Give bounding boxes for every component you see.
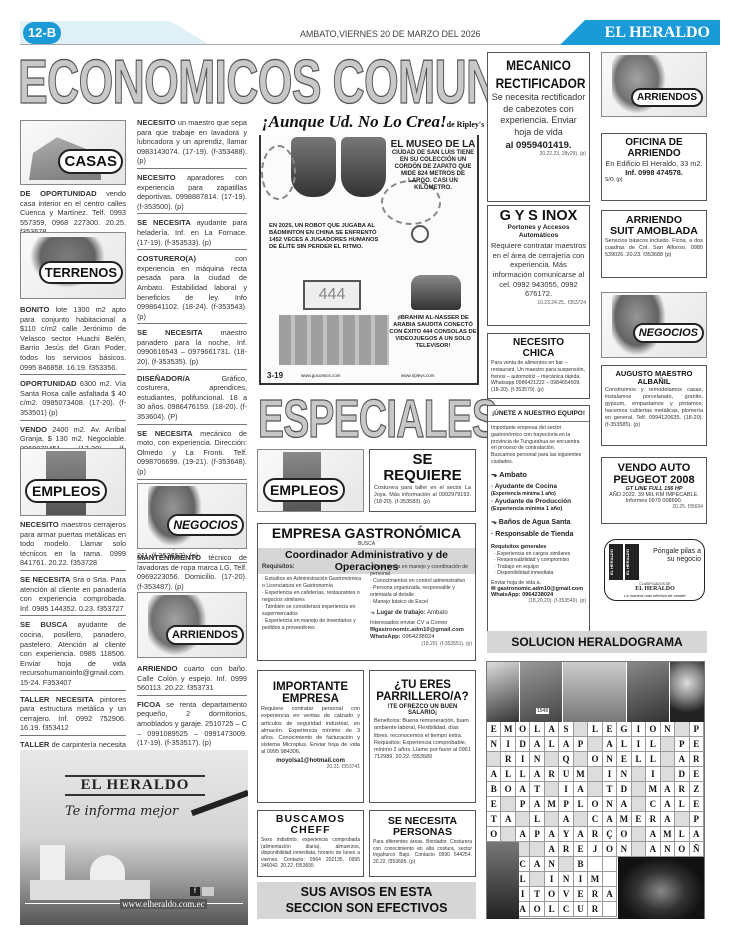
crossword-cell: I: [501, 737, 515, 752]
crossword-cell: D: [675, 767, 689, 782]
crossword-cell: I: [632, 737, 646, 752]
ripley-fact-3: ¡IBRAHIM AL-NASSER DE ARABIA SAUDITA CON…: [389, 315, 477, 350]
section-header-terrenos: TERRENOS: [20, 232, 126, 299]
ripley-cartoon: EL MUSEO DE LA CIUDAD DE SAN LUIS TIENE …: [259, 135, 479, 385]
page-number-badge: 12-B: [23, 22, 61, 44]
ad-importante-empresa[interactable]: IMPORTANTE EMPRESA Requiere contratar pe…: [257, 670, 364, 803]
classified-ad: SE NECESITA ayudante para heladería. Inf…: [137, 218, 247, 250]
crossword-cell: I: [632, 722, 646, 737]
classified-ad: SE BUSCA ayudante de cocina, posillero, …: [20, 620, 126, 690]
classified-ad: SE NECESITA Sra o Srta. Para atención al…: [20, 575, 126, 616]
crossword-cell: [501, 827, 515, 842]
crossword-cell: E: [632, 812, 646, 827]
crossword-cell: M: [617, 812, 631, 827]
crossword-cell: E: [487, 797, 501, 812]
battery-icon: EL HERALDO: [625, 544, 639, 580]
section-title-especiales: ESPECIALES: [258, 392, 497, 446]
crossword-cell: [603, 872, 617, 887]
crossword-cell: [588, 767, 602, 782]
crossword-cell: O: [516, 722, 530, 737]
classified-ad: DISEÑADOR/A Gráfico, costurera, aprendic…: [137, 374, 247, 425]
ad-empresa-gastronomica[interactable]: EMPRESA GASTRONÓMICA BUSCA Coordinador A…: [257, 523, 476, 661]
crossword-cell: A: [646, 827, 660, 842]
gastronomica-requirements-right: · Experiencia en manejo y coordinación d…: [370, 564, 472, 648]
crossword-cell: N: [545, 857, 559, 872]
crossword-cell: R: [588, 887, 602, 902]
ripley-title: ¡Aunque Ud. No Lo Crea!de Ripley's: [262, 112, 484, 132]
crossword-cell: R: [588, 827, 602, 842]
crossword-cell: T: [530, 887, 544, 902]
crossword-cell: E: [617, 752, 631, 767]
crossword-cell: [632, 782, 646, 797]
crossword-cell: A: [690, 827, 704, 842]
classified-ad: BONITO lote 1300 m2 apto para conjunto h…: [20, 305, 126, 375]
crossword-cell: A: [646, 842, 660, 857]
section-label-empleos: EMPLEOS: [263, 478, 345, 502]
ripley-url-2: www.ripleys.com: [401, 373, 435, 378]
crossword-cell: D: [617, 782, 631, 797]
crossword-cell: I: [516, 752, 530, 767]
facebook-icon[interactable]: f: [190, 887, 200, 896]
section-label-casas: CASAS: [58, 149, 123, 174]
crossword-cell: [588, 737, 602, 752]
section-header-negocios-right: NEGOCIOS: [601, 292, 707, 358]
crossword-cell: L: [574, 797, 588, 812]
crossword-cell: R: [675, 782, 689, 797]
consoles-pile: [279, 315, 389, 365]
crossword-cell: L: [646, 737, 660, 752]
crossword-cell: A: [530, 797, 544, 812]
crossword-cell: Ñ: [690, 842, 704, 857]
crossword-cell: A: [603, 812, 617, 827]
crossword-cell: A: [530, 737, 544, 752]
crossword-cell: [632, 842, 646, 857]
shoe-left: [291, 137, 336, 197]
crossword-cell: I: [646, 767, 660, 782]
crossword-cell: L: [545, 737, 559, 752]
ad-unete-equipo[interactable]: ¡ÚNETE A NUESTRO EQUIPO! Importante empr…: [487, 405, 590, 647]
section-title-economicos: ECONOMICOS COMUNES: [18, 52, 556, 114]
ad-arriendo-suit[interactable]: ARRIENDO SUIT AMOBLADA Servicios básicos…: [601, 210, 707, 278]
promo-slogan: Te informa mejor: [65, 804, 178, 819]
crossword-cell: A: [530, 857, 544, 872]
crossword-cell: R: [559, 842, 573, 857]
ripley-fact-2: EN 2025, UN ROBOT QUE JUGABA AL BÁDMINTO…: [269, 223, 379, 251]
crossword-cell: P: [574, 737, 588, 752]
classified-ad: OPORTUNIDAD 6300 m2. Vía Santa Rosa call…: [20, 379, 126, 420]
crossword-cell: B: [574, 857, 588, 872]
sunflower-photo: [670, 662, 704, 722]
classified-ad: COSTURERO(A) con experiencia en máquina …: [137, 254, 247, 324]
section-label-terrenos: TERRENOS: [39, 261, 123, 284]
classified-ad: FICOA se renta departamento pequeño, 2 d…: [137, 700, 247, 751]
crossword-cell: [661, 767, 675, 782]
crossword-cell: A: [603, 887, 617, 902]
youtube-icon[interactable]: [202, 887, 214, 896]
ad-pongale-pilas[interactable]: EL HERALDO EL HERALDO Póngale pilas a su…: [604, 539, 705, 601]
ad-parrillero[interactable]: ¿TU ERES PARRILLERO/A? !TE OFREZCO UN BU…: [369, 670, 476, 803]
ripley-url-1: www.gocomics.com: [301, 373, 341, 378]
crossword-cell: L: [501, 767, 515, 782]
crossword-cell: O: [501, 782, 515, 797]
crossword-cell: N: [603, 752, 617, 767]
section-label-empleos: EMPLEOS: [25, 479, 107, 503]
crossword-cell: M: [661, 827, 675, 842]
crossword-cell: [588, 782, 602, 797]
crossword-cell: E: [574, 887, 588, 902]
rooster-photo: [487, 662, 519, 722]
crossword-cell: E: [690, 737, 704, 752]
crossword-cell: G: [617, 722, 631, 737]
crossword-cell: [603, 902, 617, 917]
crossword-cell: A: [487, 767, 501, 782]
crossword-cell: L: [545, 902, 559, 917]
crossword-cell: N: [617, 767, 631, 782]
crossword-cell: [530, 842, 544, 857]
pin-icon: ⬎: [491, 519, 499, 526]
crossword-cell: P: [516, 797, 530, 812]
crossword-cell: T: [603, 782, 617, 797]
promo-el-heraldo[interactable]: EL HERALDO Te informa mejor f www.elhera…: [20, 750, 248, 925]
classified-ad: SE NECESITA maestro panadero para la noc…: [137, 328, 247, 369]
crossword-cell: [574, 722, 588, 737]
crossword-cell: A: [559, 812, 573, 827]
crossword-cell: A: [516, 782, 530, 797]
banner-sus-avisos: SUS AVISOS EN ESTA SECCION SON EFECTIVOS: [257, 882, 476, 919]
crossword-cell: [632, 797, 646, 812]
cathedral-body: [30, 880, 150, 900]
tv-screen: 444: [303, 280, 361, 310]
ad-mecanico-rectificador[interactable]: MECANICO RECTIFICADOR Se necesita rectif…: [487, 52, 590, 202]
crossword-cell: [501, 797, 515, 812]
dateline: AMBATO,VIERNES 20 DE MARZO DEL 2026: [300, 29, 480, 39]
crossword-cell: A: [559, 737, 573, 752]
crossword-cell: E: [574, 842, 588, 857]
section-header-arriendos: ARRIENDOS: [137, 592, 247, 658]
section-header-arriendos-right: ARRIENDOS: [601, 52, 707, 117]
crossword-cell: O: [588, 797, 602, 812]
crossword-cell: L: [632, 752, 646, 767]
crossword-cell: Ç: [603, 827, 617, 842]
ad-necesito-chica[interactable]: NECESITO CHICA Para venta de alimentos e…: [487, 333, 590, 399]
ad-buscamos-cheff[interactable]: BUSCAMOS CHEFF Sexo indistinto, experien…: [257, 810, 364, 877]
crossword-cell: I: [574, 872, 588, 887]
crossword-cell: E: [690, 797, 704, 812]
crossword-cell: P: [690, 812, 704, 827]
ad-vendo-peugeot[interactable]: VENDO AUTO PEUGEOT 2008 GT LINE FULL 156…: [601, 457, 707, 524]
crossword-cell: A: [603, 737, 617, 752]
promo-brand: EL HERALDO: [65, 775, 205, 796]
crossword-cell: I: [603, 767, 617, 782]
crossword-cell: O: [646, 722, 660, 737]
ads-empleos-col1: NECESITO maestros cerrajeros para armar …: [20, 520, 126, 785]
crossword-cell: L: [530, 812, 544, 827]
cathedral-dome: [90, 855, 125, 880]
crossword-cell: M: [588, 872, 602, 887]
pin-icon: ⬎: [370, 610, 377, 616]
crossword-cell: A: [545, 842, 559, 857]
ad-oficina-arriendo[interactable]: OFICINA DE ARRIENDO En Edificio El Heral…: [601, 133, 707, 201]
crossword-cell: N: [661, 722, 675, 737]
classified-ad: NECESITO maestros cerrajeros para armar …: [20, 520, 126, 571]
ad-gys-inox[interactable]: G Y S INOX Portones y Accesos Automático…: [487, 205, 590, 326]
crossword-cell: C: [646, 797, 660, 812]
crossword-cell: M: [501, 722, 515, 737]
ads-arriendos: ARRIENDO cuarto con baño. Calle Colón y …: [137, 664, 247, 755]
crossword-cell: [675, 722, 689, 737]
crossword-cell: L: [530, 722, 544, 737]
crossword-cell: B: [487, 782, 501, 797]
crossword-cell: A: [501, 812, 515, 827]
crossword-cell: D: [516, 737, 530, 752]
crossword-cell: M: [646, 782, 660, 797]
crossword-cell: [516, 812, 530, 827]
battery-icon: EL HERALDO: [609, 544, 623, 580]
robot-icon: [411, 275, 461, 310]
masthead-logo[interactable]: EL HERALDO: [560, 20, 720, 45]
crossword-cell: I: [545, 872, 559, 887]
runner-photo: 1548: [520, 662, 562, 722]
toucan-photo: [487, 842, 519, 919]
crossword-cell: I: [559, 782, 573, 797]
crossword-cell: O: [530, 902, 544, 917]
crossword-cell: [530, 872, 544, 887]
crossword-cell: A: [530, 767, 544, 782]
crossword-cell: N: [487, 737, 501, 752]
crossword-cell: A: [661, 812, 675, 827]
crossword-cell: L: [588, 722, 602, 737]
crossword-cell: [661, 737, 675, 752]
crossword-cell: M: [574, 767, 588, 782]
crossword-cell: N: [617, 842, 631, 857]
crossword-cell: L: [675, 827, 689, 842]
crossword-cell: [545, 752, 559, 767]
crossword-cell: N: [559, 872, 573, 887]
section-header-casas: CASAS: [20, 120, 126, 185]
ripley-fact-1: EL MUSEO DE LA CIUDAD DE SAN LUIS TIENE …: [389, 139, 477, 192]
crossword-cell: S: [559, 722, 573, 737]
crossword-cell: U: [559, 767, 573, 782]
section-label-arriendos: ARRIENDOS: [166, 625, 244, 645]
crossword-cell: A: [574, 827, 588, 842]
crossword-cell: A: [675, 752, 689, 767]
crossword-cell: P: [530, 827, 544, 842]
crossword-cell: N: [603, 797, 617, 812]
pin-icon: ⬎: [491, 470, 499, 479]
crossword-cell: V: [559, 887, 573, 902]
crossword-title: SOLUCION HERALDOGRAMA: [487, 631, 707, 653]
athlete-photo: [563, 662, 626, 722]
crossword-cell: A: [617, 797, 631, 812]
section-label-arriendos: ARRIENDOS: [631, 88, 703, 107]
crossword-cell: C: [559, 902, 573, 917]
crossword-cell: A: [545, 827, 559, 842]
crossword-cell: A: [574, 782, 588, 797]
shoelace-coil: [261, 145, 296, 200]
crossword-cell: O: [675, 842, 689, 857]
crossword-cell: [603, 857, 617, 872]
crossword-cell: O: [617, 827, 631, 842]
crossword-cell: U: [574, 902, 588, 917]
section-label-negocios: NEGOCIOS: [633, 323, 704, 343]
crossword-cell: R: [501, 752, 515, 767]
shoe-right: [341, 137, 386, 197]
promo-url[interactable]: www.elheraldo.com.ec: [120, 899, 207, 909]
crossword-solution: 1548 EMOLASLEGIONPNIDALAPALILPERINQONELL…: [486, 661, 705, 919]
ad-se-necesita-personas[interactable]: SE NECESITA PERSONAS Para diferentes áre…: [369, 810, 476, 877]
crossword-cell: E: [690, 767, 704, 782]
ads-terrenos: BONITO lote 1300 m2 apto para conjunto h…: [20, 305, 126, 470]
classified-ad: TALLER NECESITA pintores para estructura…: [20, 695, 126, 736]
athlete-rings-photo: [618, 857, 704, 919]
classified-ad: NECESITO un maestro que sepa para que tr…: [137, 118, 247, 169]
ad-se-requiere[interactable]: SE REQUIERE Costurera para taller en el …: [369, 449, 476, 512]
crossword-cell: [574, 812, 588, 827]
crossword-cell: [632, 827, 646, 842]
crossword-cell: [574, 752, 588, 767]
crossword-cell: R: [588, 902, 602, 917]
crossword-cell: T: [530, 782, 544, 797]
crossword-cell: [487, 752, 501, 767]
crossword-cell: [559, 857, 573, 872]
crossword-cell: R: [545, 767, 559, 782]
crossword-cell: [588, 857, 602, 872]
section-header-empleos-especiales: EMPLEOS: [257, 449, 364, 512]
crossword-cell: A: [661, 797, 675, 812]
crossword-cell: [545, 782, 559, 797]
section-label-negocios: NEGOCIOS: [167, 514, 244, 536]
classified-ad: NECESITO aparadores con experiencia para…: [137, 173, 247, 214]
crossword-cell: A: [516, 827, 530, 842]
crossword-cell: J: [588, 842, 602, 857]
crossword-cell: A: [661, 782, 675, 797]
ad-augusto-albanil[interactable]: AUGUSTO MAESTRO ALBAÑIL Construimos y re…: [601, 365, 707, 446]
crossword-cell: N: [530, 752, 544, 767]
crossword-cell: M: [545, 797, 559, 812]
cyclist-photo: [627, 662, 669, 722]
crossword-cell: L: [646, 752, 660, 767]
section-header-empleos: EMPLEOS: [20, 448, 126, 516]
crossword-cell: L: [617, 737, 631, 752]
crossword-cell: P: [559, 797, 573, 812]
crossword-cell: Q: [559, 752, 573, 767]
classified-ad: SE NECESITA mecánico de moto, con experi…: [137, 429, 247, 480]
gastronomica-requirements-left: Requisitos: · Estudios en Administración…: [262, 564, 364, 632]
classified-ad: MANTENIMIENTO técnico de lavadoras de ro…: [137, 553, 247, 594]
crossword-cell: Y: [559, 827, 573, 842]
crossword-cell: L: [675, 797, 689, 812]
crossword-cell: P: [690, 722, 704, 737]
crossword-cell: O: [588, 752, 602, 767]
crossword-cell: A: [545, 722, 559, 737]
crossword-cell: O: [545, 887, 559, 902]
crossword-cell: [661, 752, 675, 767]
crossword-cell: R: [690, 752, 704, 767]
crossword-cell: O: [603, 842, 617, 857]
crossword-cell: C: [588, 812, 602, 827]
ripley-date: 3-19: [267, 371, 283, 380]
crossword-cell: [632, 767, 646, 782]
crossword-cell: N: [661, 842, 675, 857]
crossword-cell: R: [646, 812, 660, 827]
crossword-cell: P: [675, 737, 689, 752]
crossword-cell: E: [603, 722, 617, 737]
crossword-cell: L: [516, 767, 530, 782]
classified-ad: ARRIENDO cuarto con baño. Calle Colón y …: [137, 664, 247, 696]
crossword-cell: [675, 812, 689, 827]
badminton-racket-icon: [411, 225, 429, 243]
crossword-cell: O: [487, 827, 501, 842]
crossword-cell: T: [487, 812, 501, 827]
crossword-cell: E: [487, 722, 501, 737]
crossword-cell: [545, 812, 559, 827]
crossword-cell: Z: [690, 782, 704, 797]
section-header-negocios: NEGOCIOS: [137, 483, 247, 549]
